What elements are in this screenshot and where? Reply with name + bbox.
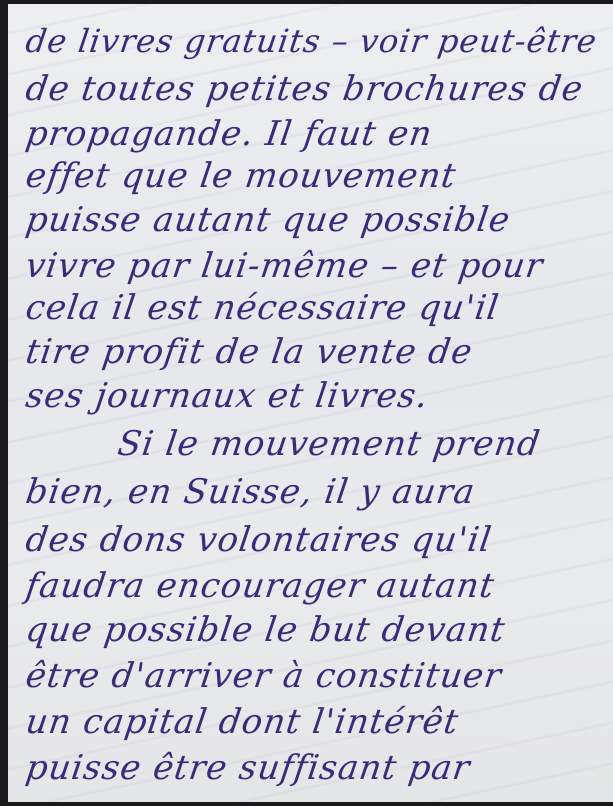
text-line: de toutes petites brochures de <box>23 69 586 109</box>
page-margin <box>0 806 613 811</box>
text-line: puisse autant que possible <box>23 200 513 240</box>
text-line: de livres gratuits – voir peut-être <box>23 22 599 60</box>
text-line: faudra encourager autant <box>23 566 497 606</box>
text-line: vivre par lui-même – et pour <box>23 246 546 286</box>
text-line: ses journaux et livres. <box>23 376 431 416</box>
text-line: Si le mouvement prend <box>115 424 543 464</box>
text-line: être d'arriver à constituer <box>23 656 504 696</box>
text-line: un capital dont l'intérêt <box>23 702 461 742</box>
letter-page: de livres gratuits – voir peut-être de t… <box>8 4 613 802</box>
text-line: tire profit de la vente de <box>23 332 475 372</box>
text-line: bien, en Suisse, il y aura <box>23 472 478 512</box>
text-line: propagande. Il faut en <box>23 114 435 154</box>
text-line: cela il est nécessaire qu'il <box>23 288 501 328</box>
text-line: des dons volontaires qu'il <box>23 520 494 560</box>
text-line: puisse être suffisant par <box>23 748 473 788</box>
text-line: que possible le but devant <box>23 610 508 650</box>
text-line: effet que le mouvement <box>23 156 459 196</box>
